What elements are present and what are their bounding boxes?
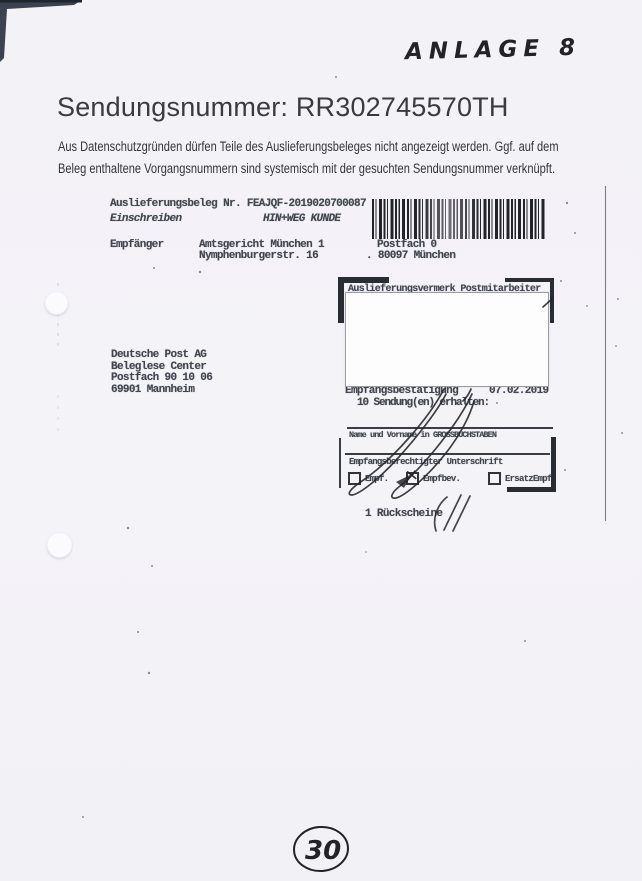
checkbox-square-icon <box>406 472 419 485</box>
sender-line3: Postfach 90 10 06 <box>111 372 212 384</box>
privacy-notice-line2: Beleg enthaltene Vorgangsnummern sind sy… <box>58 161 555 177</box>
beleg-number-line: Auslieferungsbeleg Nr. FEAJQF-2019020700… <box>110 198 366 210</box>
scan-noise-specks <box>82 76 623 818</box>
recipient-line2: Nymphenburgerstr. 16 <box>199 250 318 262</box>
checkbox-ersatzempf: ErsatzEmpf. <box>488 470 556 484</box>
checkbox-label: ErsatzEmpf. <box>505 474 556 484</box>
scan-edge-artifacts <box>0 0 642 881</box>
name-line <box>347 427 553 429</box>
scan-corner-shadow <box>0 0 82 62</box>
checkbox-label: Empf. <box>365 474 388 484</box>
sender-line1: Deutsche Post AG <box>111 349 206 361</box>
barcode <box>372 199 546 239</box>
checkbox-square-icon <box>348 472 361 485</box>
punch-hole-top <box>45 292 68 315</box>
customer-label: HIN+WEG KUNDE <box>263 213 340 225</box>
bracket-bottom-right-horizontal <box>507 487 556 492</box>
checkbox-empfbev: Empfbev. <box>406 470 460 484</box>
redaction-box <box>345 292 549 387</box>
bracket-top-left-vertical <box>338 277 344 323</box>
bracket-bottom-right-vertical <box>551 437 556 492</box>
checkbox-label: Empfbev. <box>423 474 460 484</box>
signature-line <box>345 453 550 455</box>
checkbox-empf: Empf. <box>348 470 388 484</box>
bracket-top-left-horizontal <box>338 277 389 283</box>
page-number-circle <box>293 825 350 873</box>
rueckscheine-line: 1 Rückscheine <box>365 508 442 520</box>
bracket-bottom-left-vertical <box>339 438 341 488</box>
empfaenger-label: Empfänger <box>110 239 164 251</box>
name-caps-label: Name und Vorname in GROSSBUCHSTABEN <box>349 430 496 440</box>
sender-line2: Beleglese Center <box>111 361 206 373</box>
punch-hole-bottom <box>47 533 72 558</box>
postbox-line2: . 80097 München <box>366 250 455 262</box>
privacy-notice-line1: Aus Datenschutzgründen dürfen Teile des … <box>58 139 559 155</box>
unterschrift-label: Empfangsberechtigter Unterschrift <box>349 457 502 467</box>
handwritten-annotation: ANLAGE 8 <box>405 35 582 66</box>
handwriting-overlay: 30 <box>0 0 642 881</box>
bracket-top-right-horizontal <box>505 278 554 282</box>
einschreiben-label: Einschreiben <box>110 213 181 225</box>
page-title: Sendungsnummer: RR302745570TH <box>57 92 509 123</box>
sendungen-line: 10 Sendung(en) erhalten: <box>357 397 489 409</box>
scanned-document-page: ANLAGE 8 Sendungsnummer: RR302745570TH A… <box>0 0 642 881</box>
checkbox-square-icon <box>488 472 501 485</box>
bracket-top-right-vertical <box>550 278 554 323</box>
page-number: 30 <box>305 836 341 866</box>
sender-line4: 69901 Mannheim <box>111 384 194 396</box>
